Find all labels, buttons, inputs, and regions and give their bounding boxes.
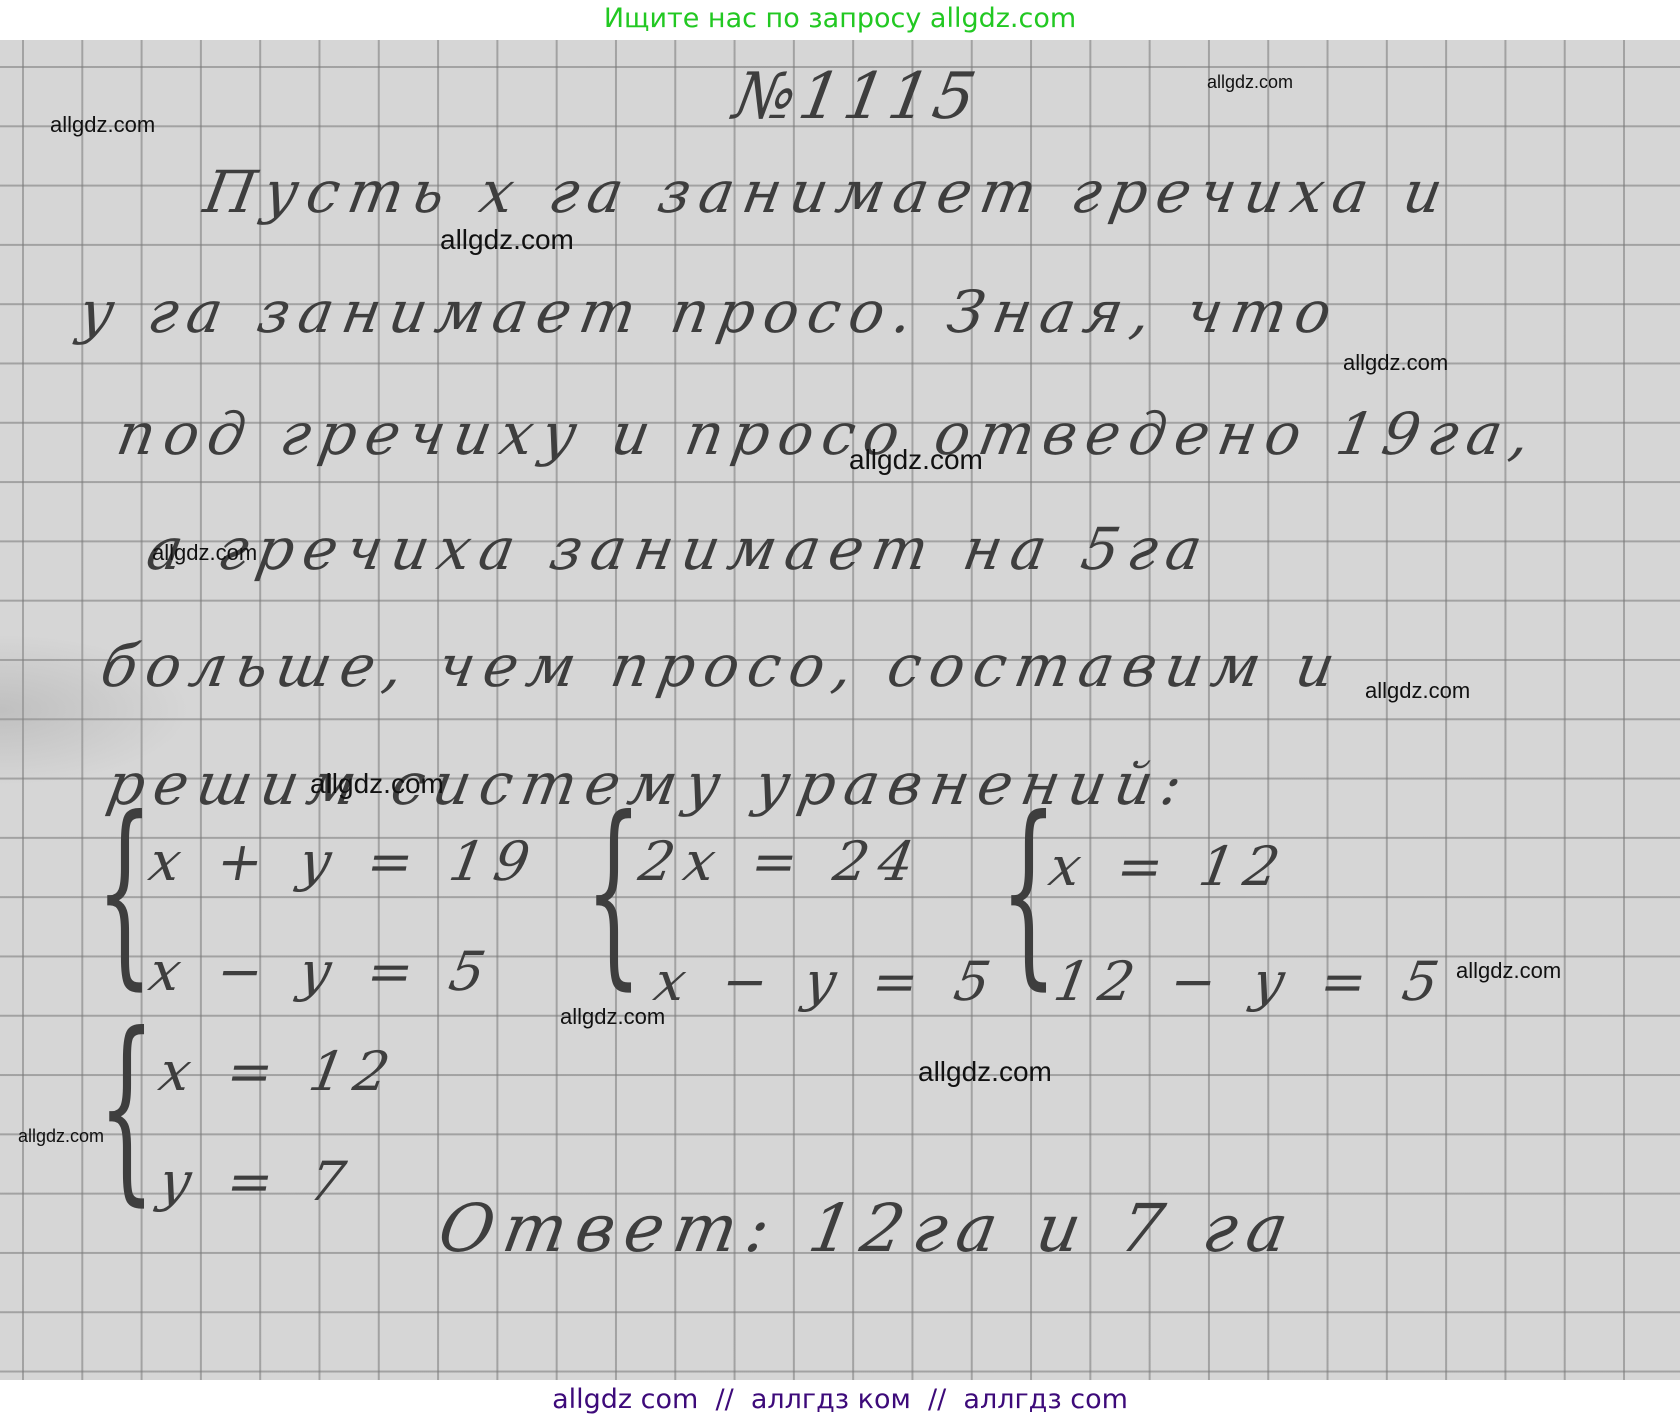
site-names-banner: allgdz com // аллгдз ком // аллгдз com: [0, 1380, 1680, 1421]
watermark: allgdz.com: [849, 444, 983, 476]
system-1-equation-2: x − y = 5: [144, 940, 500, 1003]
solution-line-5: больше, чем просо, составим и: [96, 632, 1349, 700]
solution-line-3: под гречиху и просо отведено 19га,: [112, 400, 1544, 468]
system-brace-4: {: [98, 1008, 155, 1208]
solution-line-2: y га занимает просо. Зная, что: [74, 278, 1346, 346]
watermark: allgdz.com: [918, 1056, 1052, 1088]
notebook-page-photo: №1115 Пусть x га занимает гречиха и y га…: [0, 40, 1680, 1380]
problem-number: №1115: [728, 60, 984, 134]
watermark: allgdz.com: [50, 112, 155, 138]
watermark: allgdz.com: [1365, 678, 1470, 704]
watermark: allgdz.com: [1343, 350, 1448, 376]
system-4-equation-1: x = 12: [154, 1040, 404, 1103]
watermark: allgdz.com: [152, 540, 257, 566]
watermark: allgdz.com: [18, 1126, 104, 1147]
system-3-equation-1: x = 12: [1044, 835, 1294, 898]
system-2-equation-2: x − y = 5: [649, 950, 1005, 1013]
watermark: allgdz.com: [440, 224, 574, 256]
solution-line-4: а гречиха занимает на 5га: [142, 515, 1216, 583]
watermark: allgdz.com: [560, 1004, 665, 1030]
watermark: allgdz.com: [1456, 958, 1561, 984]
solution-line-1: Пусть x га занимает гречиха и: [199, 158, 1457, 226]
watermark: allgdz.com: [310, 768, 444, 800]
system-1-equation-1: x + y = 19: [144, 830, 544, 893]
search-hint-banner: Ищите нас по запросу allgdz.com: [0, 0, 1680, 40]
watermark: allgdz.com: [1207, 72, 1293, 93]
system-2-equation-1: 2x = 24: [634, 830, 928, 893]
system-4-equation-2: y = 7: [154, 1150, 360, 1213]
answer-line: Ответ: 12га и 7 га: [433, 1190, 1303, 1267]
system-3-equation-2: 12 − y = 5: [1049, 950, 1453, 1013]
